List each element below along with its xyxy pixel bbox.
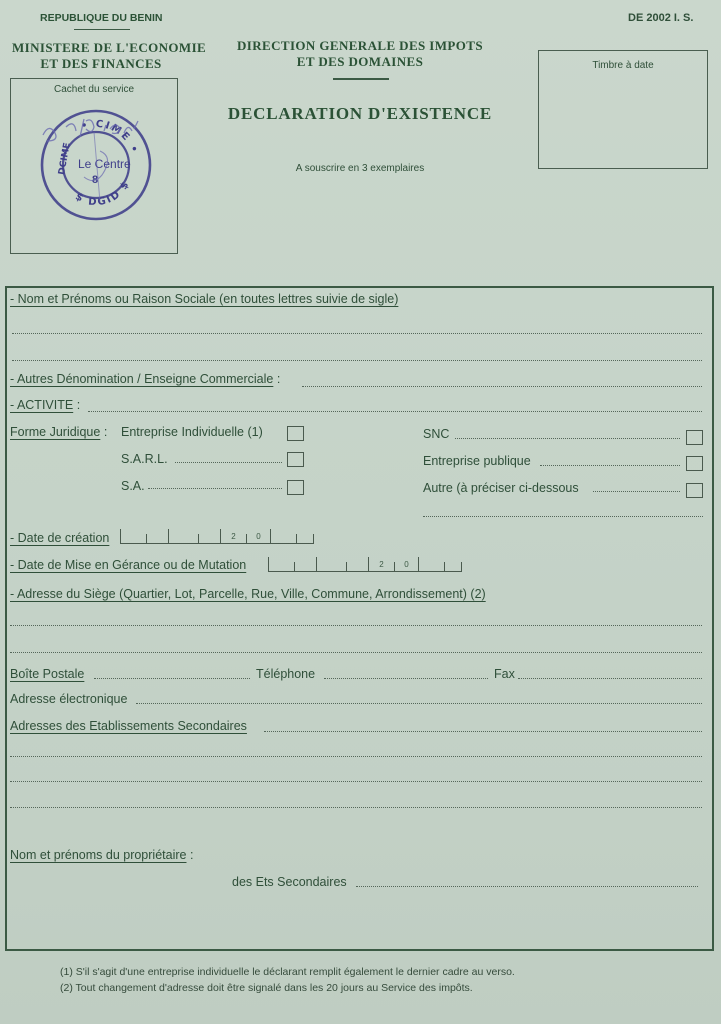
adresse-label: - Adresse du Siège (Quartier, Lot, Parce…: [10, 587, 486, 601]
autres-label: - Autres Dénomination / Enseigne Commerc…: [10, 372, 280, 386]
date-cell-year-prefix-1: 2: [220, 529, 246, 543]
proprietaire-label-text: Nom et prénoms du propriétaire: [10, 848, 186, 862]
checkbox-sarl[interactable]: [287, 452, 304, 467]
ets-secondaires-label: des Ets Secondaires: [232, 875, 347, 889]
date-cell[interactable]: [270, 529, 296, 543]
date-mutation-label: - Date de Mise en Gérance ou de Mutation: [10, 558, 246, 572]
date-cell[interactable]: [168, 529, 198, 543]
date-cell[interactable]: [268, 557, 294, 571]
ministry-line-1: MINISTERE DE L'ECONOMIE: [12, 40, 190, 56]
date-cell[interactable]: [444, 562, 462, 571]
footnote-2: (2) Tout changement d'adresse doit être …: [60, 982, 473, 994]
activite-label-text: - ACTIVITE: [10, 398, 73, 412]
etablissements-label-text: Adresses des Etablissements Secondaires: [10, 719, 247, 733]
activite-input-line[interactable]: [88, 411, 702, 412]
adresse-line-1[interactable]: [10, 625, 702, 626]
date-creation-label-text: - Date de création: [10, 531, 109, 545]
svg-text:Le Centre: Le Centre: [78, 157, 131, 171]
bp-label-text: Boîte Postale: [10, 667, 84, 681]
nom-line-2[interactable]: [12, 360, 702, 361]
cachet-label: Cachet du service: [11, 84, 177, 95]
telephone-label: Téléphone: [256, 667, 315, 681]
republic-underline: [74, 29, 130, 30]
republic-heading: REPUBLIQUE DU BENIN: [40, 12, 163, 24]
fax-input-line[interactable]: [518, 678, 702, 679]
ministry-line-2: ET DES FINANCES: [12, 56, 190, 72]
form-subtitle: A souscrire en 3 exemplaires: [200, 163, 520, 174]
official-stamp: • CIME • $ DGID $ DCIME Le Centre 8: [38, 107, 156, 230]
date-mutation-label-text: - Date de Mise en Gérance ou de Mutation: [10, 558, 246, 572]
date-cell-year-prefix-1: 2: [368, 557, 394, 571]
activite-label: - ACTIVITE :: [10, 398, 80, 412]
checkbox-snc[interactable]: [686, 430, 703, 445]
checkbox-entreprise-publique[interactable]: [686, 456, 703, 471]
checkbox-sa[interactable]: [287, 480, 304, 495]
adresse-line-2[interactable]: [10, 652, 702, 653]
date-cell[interactable]: [316, 557, 346, 571]
checkbox-entreprise-individuelle[interactable]: [287, 426, 304, 441]
sa-dots: [148, 488, 282, 489]
fax-label: Fax: [494, 667, 515, 681]
direction-underline: [333, 78, 389, 80]
autres-label-text: - Autres Dénomination / Enseigne Commerc…: [10, 372, 273, 386]
etablissements-line-3[interactable]: [10, 807, 702, 808]
option-snc-label: SNC: [423, 427, 449, 441]
svg-text:$ DGID $: $ DGID $: [73, 179, 132, 209]
etablissements-line-1[interactable]: [10, 756, 702, 757]
colon: :: [77, 398, 80, 412]
date-cell[interactable]: [294, 562, 316, 571]
date-cell[interactable]: [146, 534, 168, 543]
date-cell[interactable]: [120, 529, 146, 543]
autre-precision-line[interactable]: [423, 516, 703, 517]
date-cell[interactable]: [296, 534, 314, 543]
colon: :: [104, 425, 107, 439]
forme-label: Forme Juridique :: [10, 425, 107, 439]
option-entreprise-publique-label: Entreprise publique: [423, 454, 531, 468]
footnote-1: (1) S'il s'agit d'une entreprise individ…: [60, 966, 515, 978]
date-cell[interactable]: [418, 557, 444, 571]
colon: :: [277, 372, 280, 386]
etablissements-label: Adresses des Etablissements Secondaires: [10, 719, 247, 733]
timbre-label: Timbre à date: [539, 60, 707, 71]
option-autre-label: Autre (à préciser ci-dessous: [423, 481, 579, 495]
etablissements-line-2[interactable]: [10, 781, 702, 782]
bp-input-line[interactable]: [94, 678, 250, 679]
date-creation-field[interactable]: 2 0: [120, 529, 314, 544]
email-input-line[interactable]: [136, 703, 702, 704]
form-code: DE 2002 I. S.: [628, 12, 693, 24]
date-cell-year-prefix-2: 0: [246, 534, 270, 543]
form-title: DECLARATION D'EXISTENCE: [200, 104, 520, 124]
date-creation-label: - Date de création: [10, 531, 109, 545]
timbre-box: Timbre à date: [538, 50, 708, 169]
direction-line-2: ET DES DOMAINES: [210, 54, 510, 70]
forme-label-text: Forme Juridique: [10, 425, 100, 439]
autre-dots: [593, 491, 680, 492]
stamp-seal-icon: • CIME • $ DGID $ DCIME Le Centre 8: [38, 107, 156, 225]
etablissements-line-0[interactable]: [264, 731, 702, 732]
date-cell-year-prefix-2: 0: [394, 562, 418, 571]
entreprise-publique-dots: [540, 465, 680, 466]
svg-text:DCIME: DCIME: [57, 142, 72, 176]
snc-dots: [455, 438, 680, 439]
direction-line-1: DIRECTION GENERALE DES IMPOTS: [210, 38, 510, 54]
email-label: Adresse électronique: [10, 692, 127, 706]
option-sarl-label: S.A.R.L.: [121, 452, 168, 466]
telephone-input-line[interactable]: [324, 678, 488, 679]
proprietaire-label: Nom et prénoms du propriétaire :: [10, 848, 193, 862]
adresse-label-text: - Adresse du Siège (Quartier, Lot, Parce…: [10, 587, 486, 601]
nom-label: - Nom et Prénoms ou Raison Sociale (en t…: [10, 292, 398, 306]
nom-label-text: - Nom et Prénoms ou Raison Sociale (en t…: [10, 292, 398, 306]
bp-label: Boîte Postale: [10, 667, 84, 681]
date-mutation-field[interactable]: 2 0: [268, 557, 462, 572]
option-entreprise-individuelle-label: Entreprise Individuelle (1): [121, 425, 263, 439]
option-sa-label: S.A.: [121, 479, 145, 493]
nom-line-1[interactable]: [12, 333, 702, 334]
sarl-dots: [175, 462, 282, 463]
date-cell[interactable]: [198, 534, 220, 543]
autres-input-line[interactable]: [302, 386, 702, 387]
checkbox-autre[interactable]: [686, 483, 703, 498]
colon: :: [190, 848, 193, 862]
date-cell[interactable]: [346, 562, 368, 571]
ets-secondaires-input-line[interactable]: [356, 886, 698, 887]
